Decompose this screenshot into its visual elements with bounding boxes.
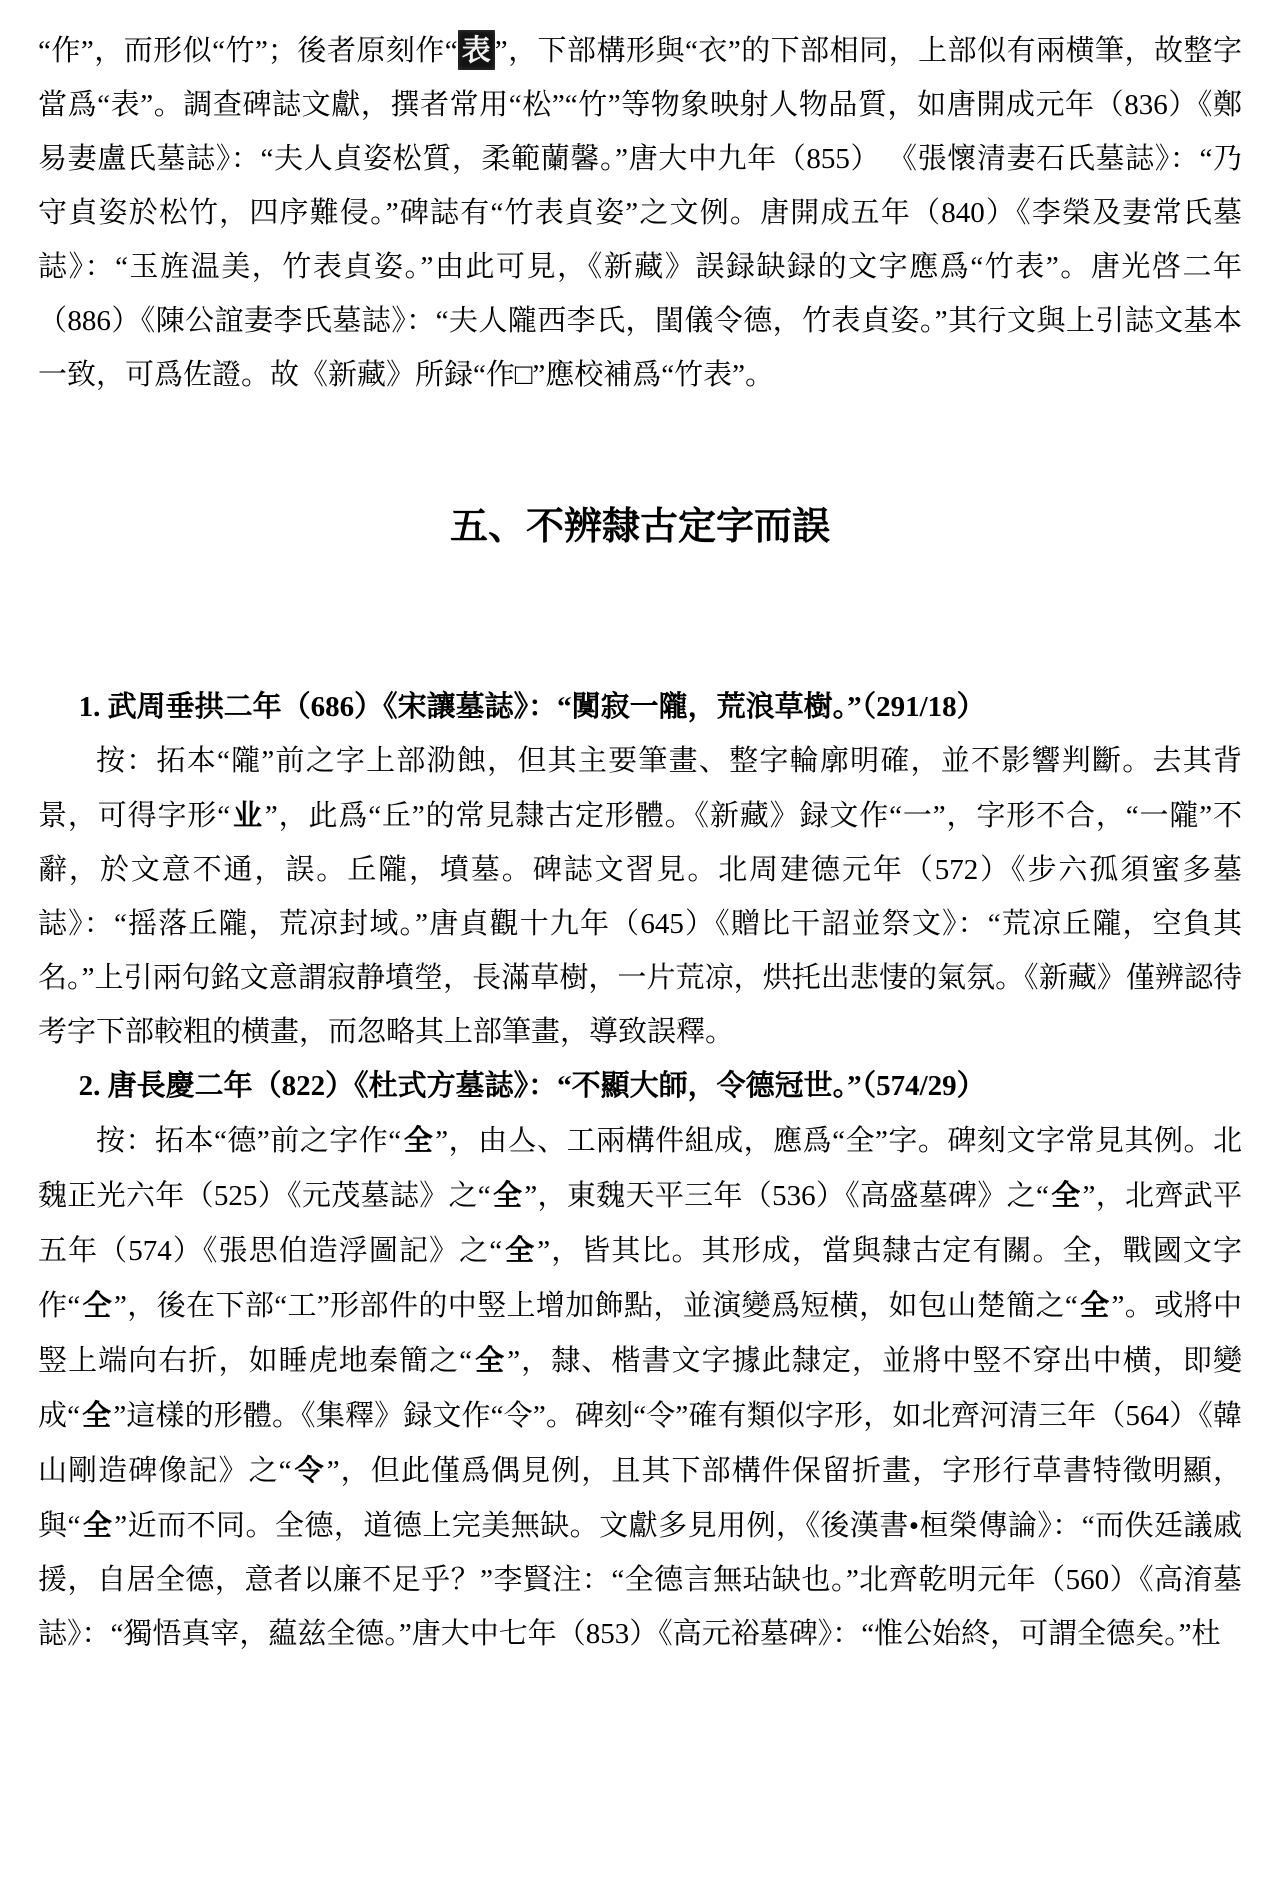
inscription-glyph-image: 全	[502, 1233, 537, 1267]
text-run: “作”，而形似“竹”；後者原刻作“	[38, 35, 458, 67]
inscription-glyph-image: 全	[1078, 1288, 1112, 1322]
item-1-heading: 1. 武周垂拱二年（686）《宋讓墓誌》：“闃寂一隴，荒浪草樹。”（291/18…	[38, 680, 1242, 734]
text-run: 按：拓本“德”前之字作“	[96, 1125, 401, 1157]
text-run: ”，後在下部“工”形部件的中竪上增加飾點，並演變爲短横，如包山楚簡之“	[114, 1290, 1078, 1322]
inscription-glyph-image: 全	[80, 1398, 113, 1432]
text-run: ”，此爲“丘”的常見隸古定形體。《新藏》録文作“一”，字形不合，“一隴”不辭，於…	[38, 800, 1242, 1048]
document-page: “作”，而形似“竹”；後者原刻作“表”，下部構形與“衣”的下部相同，上部似有兩横…	[0, 0, 1280, 1893]
inscription-glyph-image: 全	[401, 1123, 435, 1157]
inscription-glyph-image: 业	[230, 798, 265, 832]
text-run: 1. 武周垂拱二年（686）《宋讓墓誌》：“闃寂一隴，荒浪草樹。”（291/18…	[79, 691, 986, 723]
item-2-commentary-paragraph: 按：拓本“德”前之字作“全”，由亼、工兩構件組成，應爲“全”字。碑刻文字常見其例…	[38, 1113, 1242, 1661]
inscription-glyph-image: 全	[1049, 1178, 1083, 1212]
text-run: 2. 唐長慶二年（822）《杜式方墓誌》：“不顯大師，令德冠世。”（574/29…	[79, 1070, 986, 1102]
inscription-glyph-image: 全	[491, 1178, 525, 1212]
inscription-glyph-image: 令	[292, 1453, 327, 1487]
inscription-glyph-image: 全	[472, 1343, 507, 1377]
text-run: ”近而不同。全德，道德上完美無缺。文獻多見用例，《後漢書•桓榮傳論》：“而佚廷議…	[38, 1510, 1242, 1650]
section-heading: 五、不辨隸古定字而誤	[38, 502, 1242, 552]
item-2-heading: 2. 唐長慶二年（822）《杜式方墓誌》：“不顯大師，令德冠世。”（574/29…	[38, 1059, 1242, 1113]
inscription-glyph-image: 表	[458, 30, 495, 70]
text-run: ”，下部構形與“衣”的下部相同，上部似有兩横筆，故整字當爲“表”。調查碑誌文獻，…	[38, 35, 1242, 391]
inscription-glyph-image: 仝	[80, 1288, 114, 1322]
continuation-paragraph: “作”，而形似“竹”；後者原刻作“表”，下部構形與“衣”的下部相同，上部似有兩横…	[38, 24, 1242, 402]
text-run: ”，東魏天平三年（536）《高盛墓碑》之“	[524, 1180, 1049, 1212]
inscription-glyph-image: 全	[80, 1508, 114, 1542]
item-1-commentary-paragraph: 按：拓本“隴”前之字上部泐蝕，但其主要筆畫、整字輪廓明確，並不影響判斷。去其背景…	[38, 734, 1242, 1059]
